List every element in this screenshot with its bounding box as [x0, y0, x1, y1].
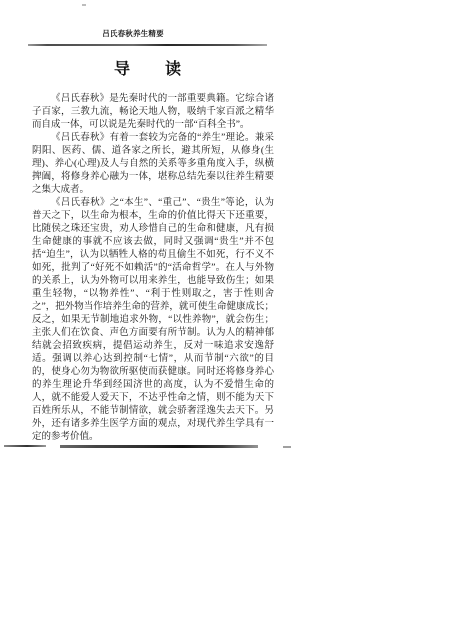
paragraph-main-discussion: 《吕氏春秋》之“本生”、“重己”、“贵生”等论，认为普天之下，以生命为根本，生命…	[32, 197, 274, 444]
scanned-book-page: 吕氏春秋养生精要 导 读 《吕氏春秋》是先秦时代的一部重要典籍。它综合诸子百家，…	[0, 0, 454, 624]
scan-artifact-speck-top	[82, 4, 86, 6]
paragraph-yangsheng-theory: 《吕氏春秋》有着一套较为完备的“养生”理论。兼采阴阳、医药、儒、道各家之所长，避…	[32, 132, 274, 197]
scan-artifact-streak-dot	[283, 446, 291, 448]
scan-artifact-streak-main	[60, 445, 258, 448]
chapter-title: 导 读	[28, 59, 268, 81]
paragraph-intro: 《吕氏春秋》是先秦时代的一部重要典籍。它综合诸子百家，三教九流，畅论天地人物，吸…	[32, 93, 274, 132]
body-text: 《吕氏春秋》是先秦时代的一部重要典籍。它综合诸子百家，三教九流，畅论天地人物，吸…	[32, 93, 274, 444]
scan-artifact-streak-left	[4, 445, 46, 447]
running-header: 吕氏春秋养生精要	[0, 29, 266, 38]
header-rule-divider	[28, 44, 267, 46]
